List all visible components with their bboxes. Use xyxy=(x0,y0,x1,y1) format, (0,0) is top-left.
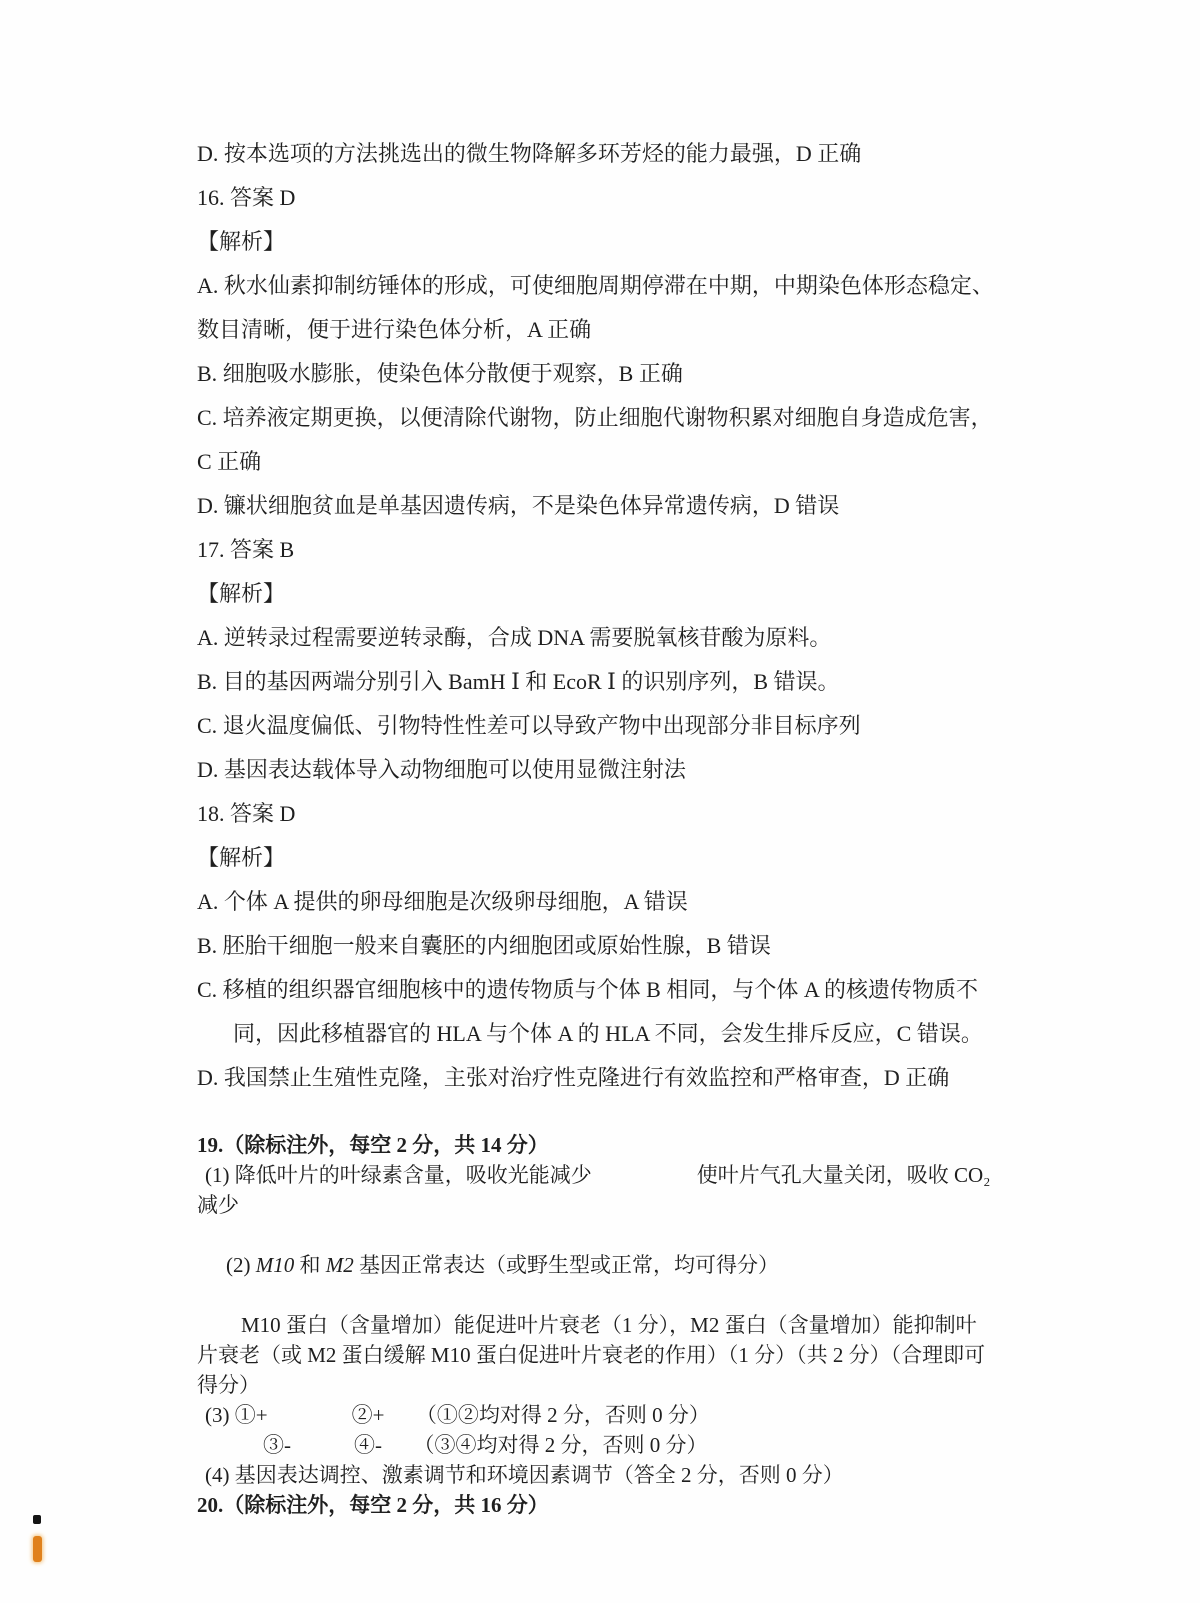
q19-item-1: (1) 降低叶片的叶绿素含量，吸收光能减少 使叶片气孔大量关闭，吸收 CO₂ xyxy=(197,1160,1047,1190)
q18-option-d: D. 我国禁止生殖性克隆，主张对治疗性克隆进行有效监控和严格审查，D 正确 xyxy=(197,1056,1047,1100)
q19-item-2: (2) M10 和 M2 基因正常表达（或野生型或正常，均可得分） xyxy=(197,1220,1047,1310)
q16-option-a-2: 数目清晰，便于进行染色体分析，A 正确 xyxy=(197,308,1047,352)
q19-item-2-detail-2: 片衰老（或 M2 蛋白缓解 M10 蛋白促进叶片衰老的作用）（1 分）（共 2 … xyxy=(197,1340,1047,1370)
q19-item-2-marker: (2) xyxy=(226,1253,256,1277)
q17-answer: 17. 答案 B xyxy=(197,528,1047,572)
q17-option-c: C. 退火温度偏低、引物特性性差可以导致产物中出现部分非目标序列 xyxy=(197,704,1047,748)
q16-option-a-1: A. 秋水仙素抑制纺锤体的形成，可使细胞周期停滞在中期，中期染色体形态稳定、 xyxy=(197,264,1047,308)
q19-item-2-detail-1: M10 蛋白（含量增加）能促进叶片衰老（1 分），M2 蛋白（含量增加）能抑制叶 xyxy=(197,1310,1047,1340)
q16-option-c-1: C. 培养液定期更换，以便清除代谢物，防止细胞代谢物积累对细胞自身造成危害， xyxy=(197,396,1047,440)
q16-option-b: B. 细胞吸水膨胀，使染色体分散便于观察，B 正确 xyxy=(197,352,1047,396)
scan-artifact-dot xyxy=(33,1515,41,1524)
q18-option-b: B. 胚胎干细胞一般来自囊胚的内细胞团或原始性腺，B 错误 xyxy=(197,924,1047,968)
q18-option-c-1: C. 移植的组织器官细胞核中的遗传物质与个体 B 相同，与个体 A 的核遗传物质… xyxy=(197,968,1047,1012)
q20-header: 20.（除标注外，每空 2 分，共 16 分） xyxy=(197,1490,1047,1520)
q18-answer: 18. 答案 D xyxy=(197,792,1047,836)
q19-item-2-mid: 和 xyxy=(294,1253,326,1277)
q16-answer: 16. 答案 D xyxy=(197,176,1047,220)
q18-option-a: A. 个体 A 提供的卵母细胞是次级卵母细胞，A 错误 xyxy=(197,880,1047,924)
q16-option-c-2: C 正确 xyxy=(197,440,1047,484)
q16-analysis-label: 【解析】 xyxy=(197,220,1047,264)
answer-key-document: D. 按本选项的方法挑选出的微生物降解多环芳烃的能力最强，D 正确 16. 答案… xyxy=(197,132,1047,1520)
q19-header: 19.（除标注外，每空 2 分，共 14 分） xyxy=(197,1130,1047,1160)
q19-item-2-gene-m2: M2 xyxy=(326,1253,354,1277)
q19-item-2-rest: 基因正常表达（或野生型或正常，均可得分） xyxy=(354,1253,779,1277)
q18-analysis-label: 【解析】 xyxy=(197,836,1047,880)
q19-item-3-row-2: ③- ④- （③④均对得 2 分，否则 0 分） xyxy=(197,1430,1047,1460)
q18-option-c-2: 同，因此移植器官的 HLA 与个体 A 的 HLA 不同，会发生排斥反应，C 错… xyxy=(197,1012,1047,1056)
q19-item-2-detail-3: 得分） xyxy=(197,1370,1047,1400)
q19-item-1-cont: 减少 xyxy=(197,1190,1047,1220)
q16-option-d: D. 镰状细胞贫血是单基因遗传病，不是染色体异常遗传病，D 错误 xyxy=(197,484,1047,528)
q17-option-a: A. 逆转录过程需要逆转录酶，合成 DNA 需要脱氧核苷酸为原料。 xyxy=(197,616,1047,660)
q15-option-d: D. 按本选项的方法挑选出的微生物降解多环芳烃的能力最强，D 正确 xyxy=(197,132,1047,176)
q17-option-b: B. 目的基因两端分别引入 BamH Ⅰ 和 EcoR Ⅰ 的识别序列，B 错误… xyxy=(197,660,1047,704)
q17-option-d: D. 基因表达载体导入动物细胞可以使用显微注射法 xyxy=(197,748,1047,792)
scan-artifact-bar xyxy=(33,1536,42,1562)
q19-item-3-row-1: (3) ①+ ②+ （①②均对得 2 分，否则 0 分） xyxy=(197,1400,1047,1430)
q19-item-4: (4) 基因表达调控、激素调节和环境因素调节（答全 2 分，否则 0 分） xyxy=(197,1460,1047,1490)
q17-analysis-label: 【解析】 xyxy=(197,572,1047,616)
q19-item-2-gene-m10: M10 xyxy=(256,1253,295,1277)
